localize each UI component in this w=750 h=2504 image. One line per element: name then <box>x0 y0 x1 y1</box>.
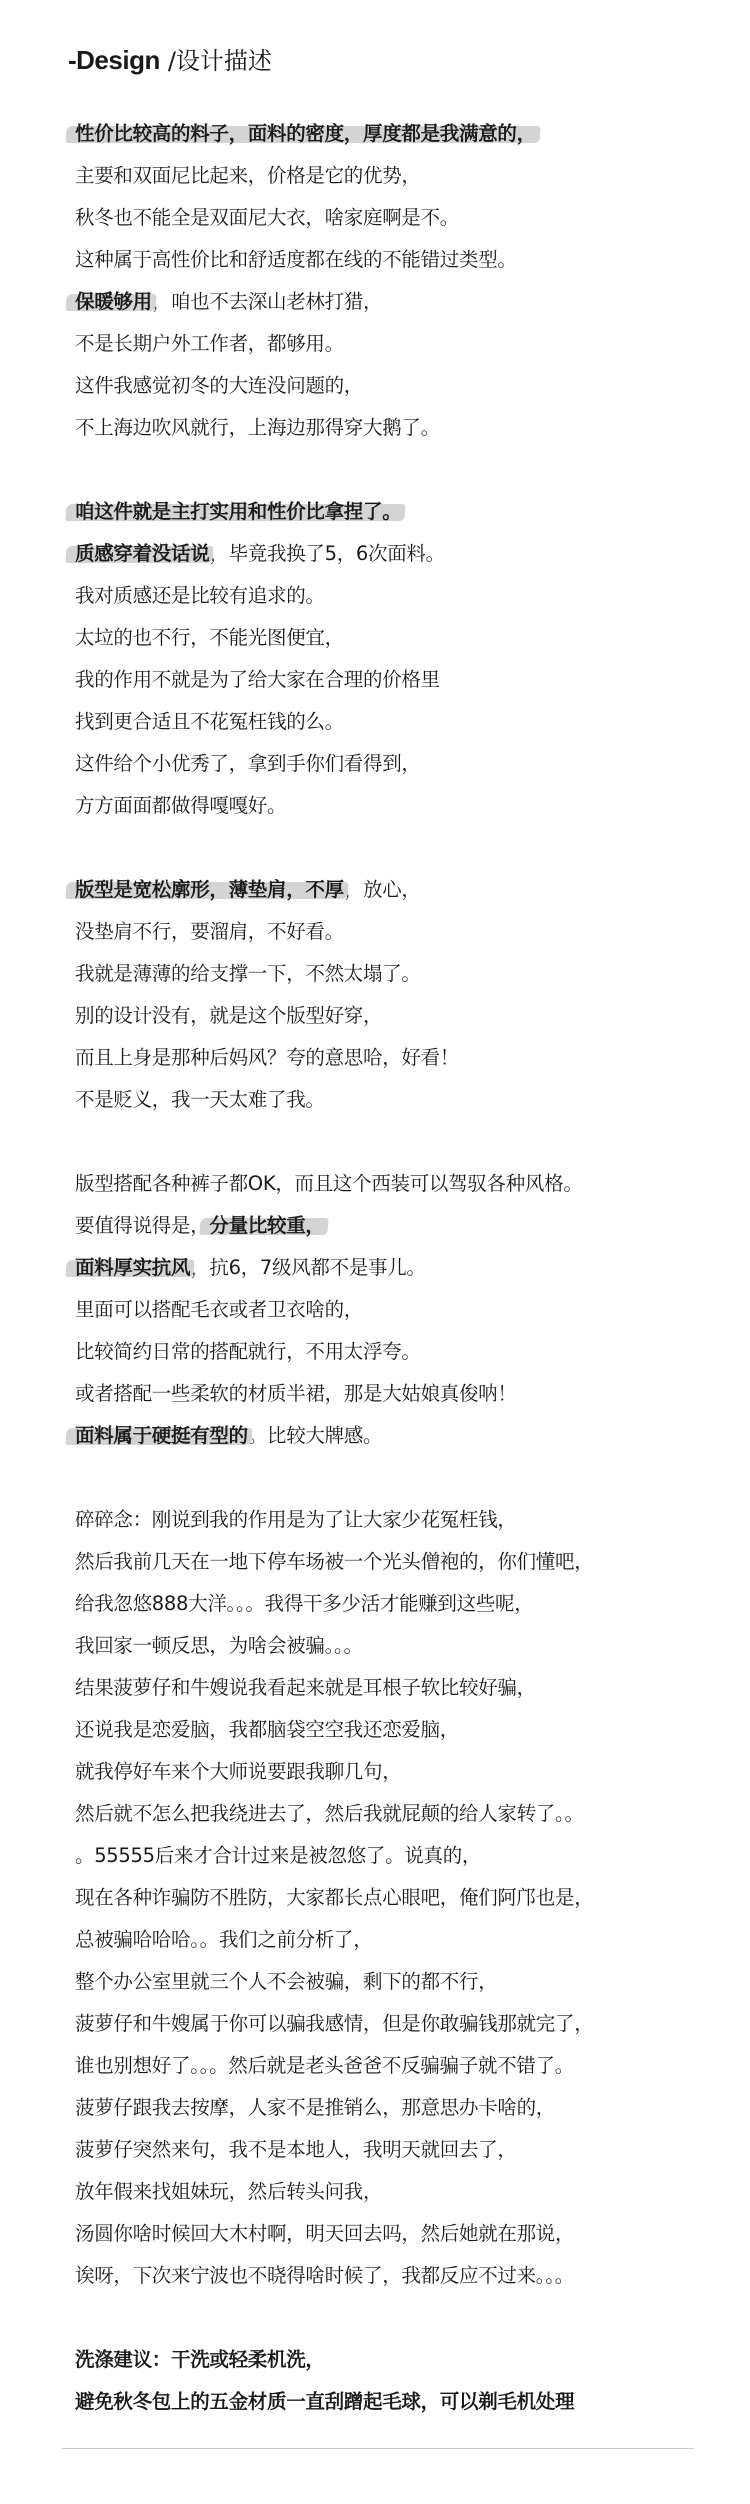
highlighted-text: 面料属于硬挺有型的 <box>75 1424 248 1447</box>
text-line: 太垃的也不行，不能光图便宜， <box>75 617 715 659</box>
text-line: 我的作用不就是为了给大家在合理的价格里 <box>75 659 715 701</box>
text-segment: 别的设计没有，就是这个版型好穿， <box>75 1004 382 1027</box>
text-line: 洗涤建议：干洗或轻柔机洗， <box>75 2339 715 2381</box>
bold-text: 洗涤建议：干洗或轻柔机洗， <box>75 2348 325 2371</box>
text-line: 诶呀，下次来宁波也不晓得啥时候了，我都反应不过来。。。 <box>75 2255 715 2297</box>
text-segment: 然后就不怎么把我绕进去了，然后我就屁颠的给人家转了。。 <box>75 1802 584 1825</box>
text-line: 碎碎念：刚说到我的作用是为了让大家少花冤枉钱， <box>75 1499 715 1541</box>
text-segment: 这件给个小优秀了，拿到手你们看得到， <box>75 752 421 775</box>
text-line: 版型是宽松廓形，薄垫肩，不厚，放心， <box>75 869 715 911</box>
text-segment: 而且上身是那种后妈风？夸的意思哈，好看！ <box>75 1046 459 1069</box>
text-line: 。55555后来才合计过来是被忽悠了。说真的， <box>75 1835 715 1877</box>
text-line: 放年假来找姐妹玩，然后转头问我， <box>75 2171 715 2213</box>
text-line: 保暖够用，咱也不去深山老林打猎， <box>75 281 715 323</box>
text-segment: 放年假来找姐妹玩，然后转头问我， <box>75 2180 382 2203</box>
text-line: 方方面面都做得嘎嘎好。 <box>75 785 715 827</box>
text-line: 避免秋冬包上的五金材质一直刮蹭起毛球，可以剃毛机处理 <box>75 2381 715 2423</box>
text-line: 而且上身是那种后妈风？夸的意思哈，好看！ <box>75 1037 715 1079</box>
bold-text: 避免秋冬包上的五金材质一直刮蹭起毛球，可以剃毛机处理 <box>75 2390 574 2413</box>
text-segment: 比较简约日常的搭配就行，不用太浮夸。 <box>75 1340 421 1363</box>
text-line: 性价比较高的料子，面料的密度，厚度都是我满意的， <box>75 113 715 155</box>
text-line: 我就是薄薄的给支撑一下，不然太塌了。 <box>75 953 715 995</box>
text-line: 不是贬义，我一天太难了我。 <box>75 1079 715 1121</box>
text-segment: 太垃的也不行，不能光图便宜， <box>75 626 344 649</box>
text-segment: 。55555后来才合计过来是被忽悠了。说真的， <box>75 1844 481 1867</box>
text-line: 菠萝仔跟我去按摩，人家不是推销么，那意思办卡啥的， <box>75 2087 715 2129</box>
text-segment: 菠萝仔和牛嫂属于你可以骗我感情，但是你敢骗钱那就完了， <box>75 2012 593 2035</box>
text-line: 这件我感觉初冬的大连没问题的， <box>75 365 715 407</box>
paragraph-gap <box>75 827 715 869</box>
text-line: 秋冬也不能全是双面尼大衣，啥家庭啊是不。 <box>75 197 715 239</box>
highlighted-text: 保暖够用 <box>75 290 152 313</box>
text-segment: 不是贬义，我一天太难了我。 <box>75 1088 325 1111</box>
paragraph-gap <box>75 1457 715 1499</box>
text-line: 咱这件就是主打实用和性价比拿捏了。 <box>75 491 715 533</box>
highlighted-text: 性价比较高的料子，面料的密度，厚度都是我满意的， <box>75 122 536 145</box>
text-segment: ，抗6，7级风都不是事儿。 <box>190 1256 425 1279</box>
text-line: 菠萝仔突然来句，我不是本地人，我明天就回去了， <box>75 2129 715 2171</box>
text-line: 汤圆你啥时候回大木村啊，明天回去吗，然后她就在那说， <box>75 2213 715 2255</box>
text-segment: 找到更合适且不花冤枉钱的么。 <box>75 710 344 733</box>
text-line: 谁也别想好了。。。然后就是老头爸爸不反骗骗子就不错了。 <box>75 2045 715 2087</box>
text-segment: ，咱也不去深山老林打猎， <box>152 290 382 313</box>
text-line: 没垫肩不行，要溜肩，不好看。 <box>75 911 715 953</box>
text-segment: 这件我感觉初冬的大连没问题的， <box>75 374 363 397</box>
text-segment: 诶呀，下次来宁波也不晓得啥时候了，我都反应不过来。。。 <box>75 2264 574 2287</box>
paragraph-gap <box>75 449 715 491</box>
text-segment: 里面可以搭配毛衣或者卫衣啥的， <box>75 1298 363 1321</box>
text-line: 里面可以搭配毛衣或者卫衣啥的， <box>75 1289 715 1331</box>
page-title: -Design/设计描述 <box>68 40 272 81</box>
paragraph-gap <box>75 1121 715 1163</box>
text-segment: 这种属于高性价比和舒适度都在线的不能错过类型。 <box>75 248 517 271</box>
text-segment: ，毕竟我换了5，6次面料。 <box>209 542 444 565</box>
title-english: -Design <box>68 45 160 75</box>
highlighted-text: 分量比较重， <box>209 1214 324 1237</box>
text-line: 菠萝仔和牛嫂属于你可以骗我感情，但是你敢骗钱那就完了， <box>75 2003 715 2045</box>
design-description-body: 性价比较高的料子，面料的密度，厚度都是我满意的，主要和双面尼比起来，价格是它的优… <box>75 113 715 2423</box>
text-segment: 或者搭配一些柔软的材质半裙，那是大姑娘真俊呐！ <box>75 1382 517 1405</box>
text-segment: 汤圆你啥时候回大木村啊，明天回去吗，然后她就在那说， <box>75 2222 574 2245</box>
text-segment: 还说我是恋爱脑，我都脑袋空空我还恋爱脑， <box>75 1718 459 1741</box>
text-segment: 不是长期户外工作者，都够用。 <box>75 332 344 355</box>
text-line: 整个办公室里就三个人不会被骗，剩下的都不行， <box>75 1961 715 2003</box>
text-segment: ，放心， <box>344 878 421 901</box>
text-line: 质感穿着没话说，毕竟我换了5，6次面料。 <box>75 533 715 575</box>
text-line: 比较简约日常的搭配就行，不用太浮夸。 <box>75 1331 715 1373</box>
highlighted-text: 质感穿着没话说 <box>75 542 209 565</box>
text-segment: 要值得说得是， <box>75 1214 209 1237</box>
text-segment: 菠萝仔跟我去按摩，人家不是推销么，那意思办卡啥的， <box>75 2096 555 2119</box>
text-segment: 菠萝仔突然来句，我不是本地人，我明天就回去了， <box>75 2138 517 2161</box>
text-line: 结果菠萝仔和牛嫂说我看起来就是耳根子软比较好骗， <box>75 1667 715 1709</box>
text-segment: 整个办公室里就三个人不会被骗，剩下的都不行， <box>75 1970 497 1993</box>
text-line: 我回家一顿反思，为啥会被骗。。。 <box>75 1625 715 1667</box>
text-segment: 现在各种诈骗防不胜防，大家都长点心眼吧，俺们阿邝也是， <box>75 1886 593 1909</box>
text-line: 别的设计没有，就是这个版型好穿， <box>75 995 715 1037</box>
text-line: 还说我是恋爱脑，我都脑袋空空我还恋爱脑， <box>75 1709 715 1751</box>
text-line: 不是长期户外工作者，都够用。 <box>75 323 715 365</box>
text-line: 不上海边吹风就行，上海边那得穿大鹅了。 <box>75 407 715 449</box>
paragraph-gap <box>75 2297 715 2339</box>
text-line: 主要和双面尼比起来，价格是它的优势， <box>75 155 715 197</box>
highlighted-text: 咱这件就是主打实用和性价比拿捏了。 <box>75 500 401 523</box>
bottom-divider <box>62 2448 694 2449</box>
title-chinese: /设计描述 <box>168 47 272 75</box>
text-line: 总被骗哈哈哈。。我们之前分析了， <box>75 1919 715 1961</box>
text-segment: 我的作用不就是为了给大家在合理的价格里 <box>75 668 440 691</box>
text-segment: 然后我前几天在一地下停车场被一个光头僧袍的，你们懂吧， <box>75 1550 593 1573</box>
highlighted-text: 版型是宽松廓形，薄垫肩，不厚 <box>75 878 344 901</box>
text-line: 就我停好车来个大师说要跟我聊几句， <box>75 1751 715 1793</box>
text-segment: 。比较大牌感。 <box>248 1424 382 1447</box>
text-segment: 没垫肩不行，要溜肩，不好看。 <box>75 920 344 943</box>
text-segment: 秋冬也不能全是双面尼大衣，啥家庭啊是不。 <box>75 206 459 229</box>
text-segment: 版型搭配各种裤子都OK，而且这个西装可以驾驭各种风格。 <box>75 1172 583 1195</box>
highlighted-text: 面料厚实抗风 <box>75 1256 190 1279</box>
text-segment: 方方面面都做得嘎嘎好。 <box>75 794 286 817</box>
text-line: 找到更合适且不花冤枉钱的么。 <box>75 701 715 743</box>
text-line: 给我忽悠888大洋。。。我得干多少活才能赚到这些呢， <box>75 1583 715 1625</box>
text-segment: 总被骗哈哈哈。。我们之前分析了， <box>75 1928 372 1951</box>
text-line: 这种属于高性价比和舒适度都在线的不能错过类型。 <box>75 239 715 281</box>
text-segment: 结果菠萝仔和牛嫂说我看起来就是耳根子软比较好骗， <box>75 1676 536 1699</box>
text-line: 面料厚实抗风，抗6，7级风都不是事儿。 <box>75 1247 715 1289</box>
text-segment: 我就是薄薄的给支撑一下，不然太塌了。 <box>75 962 421 985</box>
text-line: 然后我前几天在一地下停车场被一个光头僧袍的，你们懂吧， <box>75 1541 715 1583</box>
text-segment: 不上海边吹风就行，上海边那得穿大鹅了。 <box>75 416 440 439</box>
text-line: 要值得说得是，分量比较重， <box>75 1205 715 1247</box>
text-segment: 我回家一顿反思，为啥会被骗。。。 <box>75 1634 363 1657</box>
text-segment: 我对质感还是比较有追求的。 <box>75 584 325 607</box>
text-line: 我对质感还是比较有追求的。 <box>75 575 715 617</box>
text-segment: 就我停好车来个大师说要跟我聊几句， <box>75 1760 401 1783</box>
text-segment: 谁也别想好了。。。然后就是老头爸爸不反骗骗子就不错了。 <box>75 2054 574 2077</box>
text-line: 这件给个小优秀了，拿到手你们看得到， <box>75 743 715 785</box>
text-line: 版型搭配各种裤子都OK，而且这个西装可以驾驭各种风格。 <box>75 1163 715 1205</box>
text-segment: 给我忽悠888大洋。。。我得干多少活才能赚到这些呢， <box>75 1592 533 1615</box>
text-line: 现在各种诈骗防不胜防，大家都长点心眼吧，俺们阿邝也是， <box>75 1877 715 1919</box>
text-segment: 主要和双面尼比起来，价格是它的优势， <box>75 164 421 187</box>
text-line: 然后就不怎么把我绕进去了，然后我就屁颠的给人家转了。。 <box>75 1793 715 1835</box>
text-line: 或者搭配一些柔软的材质半裙，那是大姑娘真俊呐！ <box>75 1373 715 1415</box>
text-line: 面料属于硬挺有型的。比较大牌感。 <box>75 1415 715 1457</box>
text-segment: 碎碎念：刚说到我的作用是为了让大家少花冤枉钱， <box>75 1508 517 1531</box>
